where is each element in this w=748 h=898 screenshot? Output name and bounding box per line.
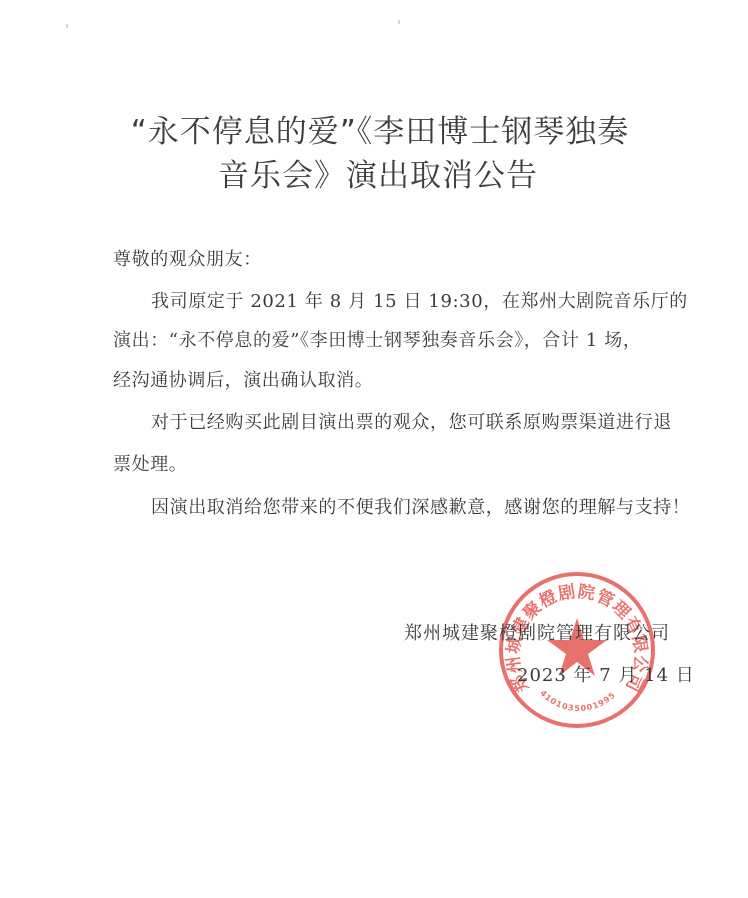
scan-speck [66,24,68,28]
body-line-2: 演出：“永不停息的爱”《李田博士钢琴独奏音乐会》，合计 1 场， [113,329,642,353]
announcement-title-line-2: 音乐会》演出取消公告 [4,156,748,196]
body-line-5: 票处理。 [113,453,187,477]
body-line-1: 我司原定于 2021 年 8 月 15 日 19:30，在郑州大剧院音乐厅的 [151,290,688,314]
body-line-4: 对于已经购买此剧目演出票的观众，您可联系原购票渠道进行退 [151,411,672,435]
company-seal-icon: 郑州城建聚橙剧院管理有限公司 4101035001995 [497,570,657,730]
announcement-title-line-1: “永不停息的爱”《李田博士钢琴独奏 [6,112,748,152]
signature-organization: 郑州城建聚橙剧院管理有限公司 [404,622,670,646]
scan-speck [398,20,400,24]
body-line-3: 经沟通协调后，演出确认取消。 [113,369,373,393]
greeting: 尊敬的观众朋友： [113,248,262,272]
signature-date: 2023 年 7 月 14 日 [517,664,695,688]
document-page: “永不停息的爱”《李田博士钢琴独奏 音乐会》演出取消公告 尊敬的观众朋友： 我司… [0,0,748,898]
svg-text:4101035001995: 4101035001995 [538,688,617,713]
body-line-6: 因演出取消给您带来的不便我们深感歉意，感谢您的理解与支持！ [151,496,690,520]
